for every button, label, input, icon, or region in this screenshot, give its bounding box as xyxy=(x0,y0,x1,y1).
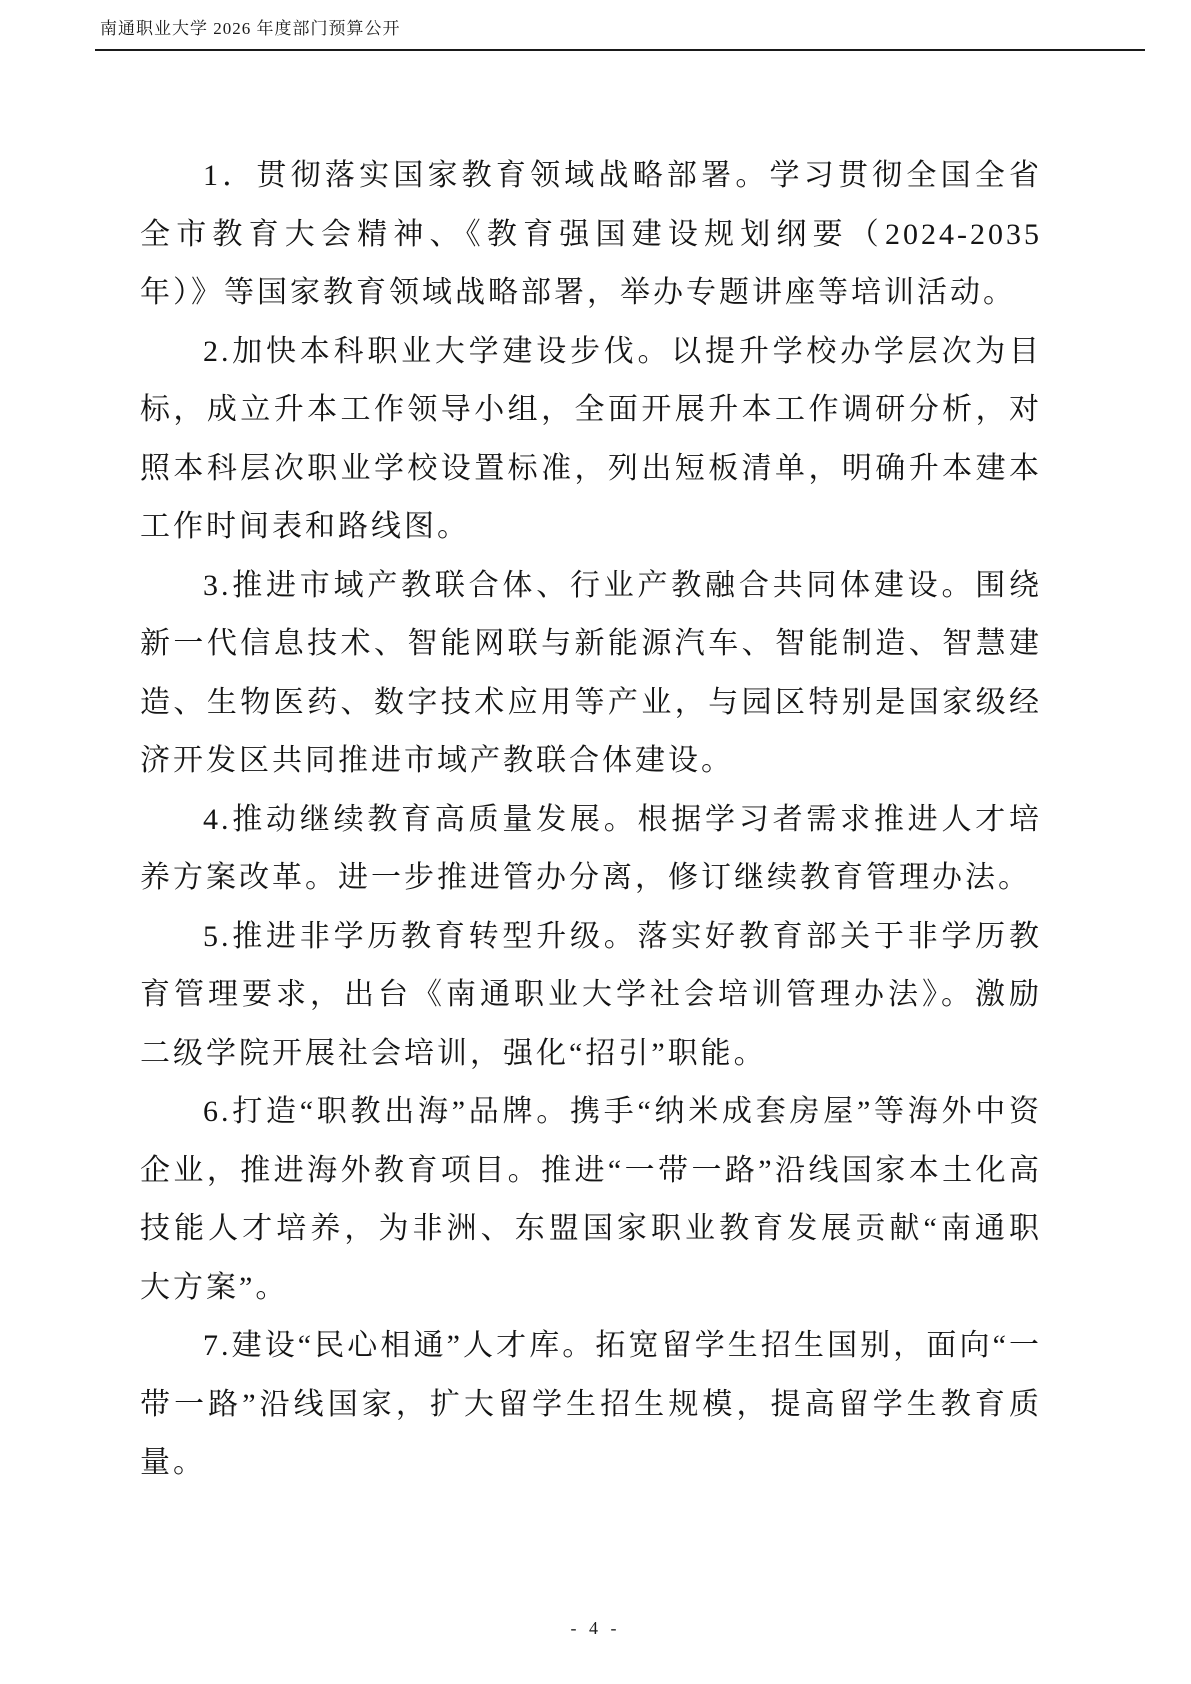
document-page: 南通职业大学 2026 年度部门预算公开 1．贯彻落实国家教育领域战略部署。学习… xyxy=(0,0,1191,1684)
paragraph-2: 2.加快本科职业大学建设步伐。以提升学校办学层次为目标，成立升本工作领导小组，全… xyxy=(140,323,1042,557)
page-number: - 4 - xyxy=(571,1618,621,1638)
header-rule xyxy=(95,49,1145,51)
paragraph-6: 6.打造“职教出海”品牌。携手“纳米成套房屋”等海外中资企业，推进海外教育项目。… xyxy=(140,1083,1042,1317)
paragraph-1: 1．贯彻落实国家教育领域战略部署。学习贯彻全国全省全市教育大会精神、《教育强国建… xyxy=(140,147,1042,323)
paragraph-4: 4.推动继续教育高质量发展。根据学习者需求推进人才培养方案改革。进一步推进管办分… xyxy=(140,791,1042,908)
header-title: 南通职业大学 2026 年度部门预算公开 xyxy=(95,14,1145,39)
page-header: 南通职业大学 2026 年度部门预算公开 xyxy=(95,14,1145,51)
paragraph-5: 5.推进非学历教育转型升级。落实好教育部关于非学历教育管理要求，出台《南通职业大… xyxy=(140,908,1042,1084)
paragraph-7: 7.建设“民心相通”人才库。拓宽留学生招生国别，面向“一带一路”沿线国家，扩大留… xyxy=(140,1317,1042,1493)
paragraph-3: 3.推进市域产教联合体、行业产教融合共同体建设。围绕新一代信息技术、智能网联与新… xyxy=(140,557,1042,791)
document-body: 1．贯彻落实国家教育领域战略部署。学习贯彻全国全省全市教育大会精神、《教育强国建… xyxy=(140,147,1042,1493)
page-footer: - 4 - xyxy=(0,1618,1191,1639)
